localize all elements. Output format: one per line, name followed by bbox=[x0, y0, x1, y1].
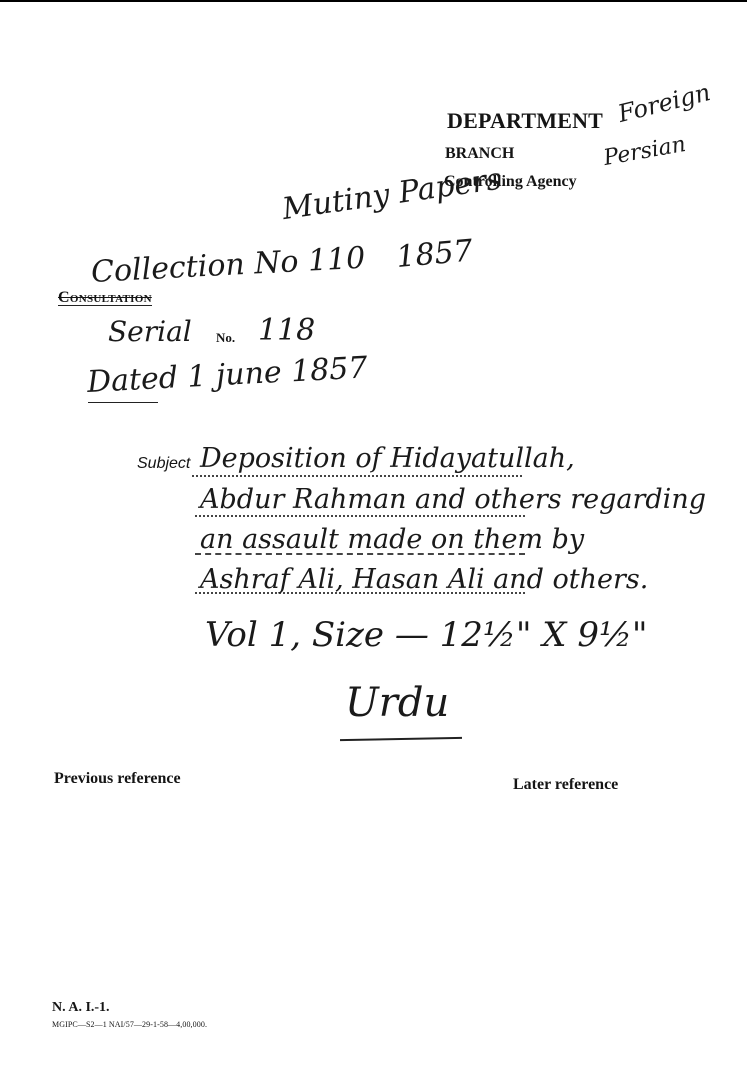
subject-line-4: Ashraf Ali, Hasan Ali and others. bbox=[200, 564, 648, 595]
subject-dotted-line-2 bbox=[195, 515, 525, 517]
subject-line-2: Abdur Rahman and others regarding bbox=[200, 484, 706, 515]
top-border-line bbox=[0, 0, 747, 2]
subject-label: Subject bbox=[137, 455, 190, 473]
language-note: Urdu bbox=[345, 680, 449, 726]
printer-imprint: MGIPC—S2—1 NAI/57—29-1-58—4,00,000. bbox=[52, 1020, 207, 1029]
subject-line-3: an assault made on them by bbox=[200, 524, 584, 555]
serial-number: 118 bbox=[258, 313, 315, 348]
subject-line-1: Deposition of Hidayatullah, bbox=[200, 443, 575, 474]
year-annotation: 1857 bbox=[395, 233, 474, 275]
branch-handwritten-value: Persian bbox=[602, 132, 688, 171]
dated-underline bbox=[88, 402, 158, 403]
consultation-label-struck: Consultation bbox=[58, 289, 152, 307]
serial-no-label: No. bbox=[216, 330, 235, 346]
later-reference-label: Later reference bbox=[513, 776, 618, 794]
department-handwritten-value: Foreign bbox=[615, 78, 713, 128]
previous-reference-label: Previous reference bbox=[54, 770, 181, 788]
serial-handwritten-prefix: Serial bbox=[108, 315, 192, 348]
form-code: N. A. I.-1. bbox=[52, 1000, 110, 1016]
collection-annotation: Collection No 110 bbox=[90, 241, 366, 290]
papers-annotation: Mutiny Papers bbox=[280, 162, 504, 227]
dated-line: Dated 1 june 1857 bbox=[86, 350, 368, 400]
language-underline bbox=[340, 737, 462, 741]
branch-label: BRANCH bbox=[445, 145, 514, 163]
subject-dotted-line-1 bbox=[192, 475, 522, 477]
volume-size-note: Vol 1, Size — 12½" X 9½" bbox=[205, 615, 648, 655]
department-label: DEPARTMENT bbox=[447, 108, 603, 134]
